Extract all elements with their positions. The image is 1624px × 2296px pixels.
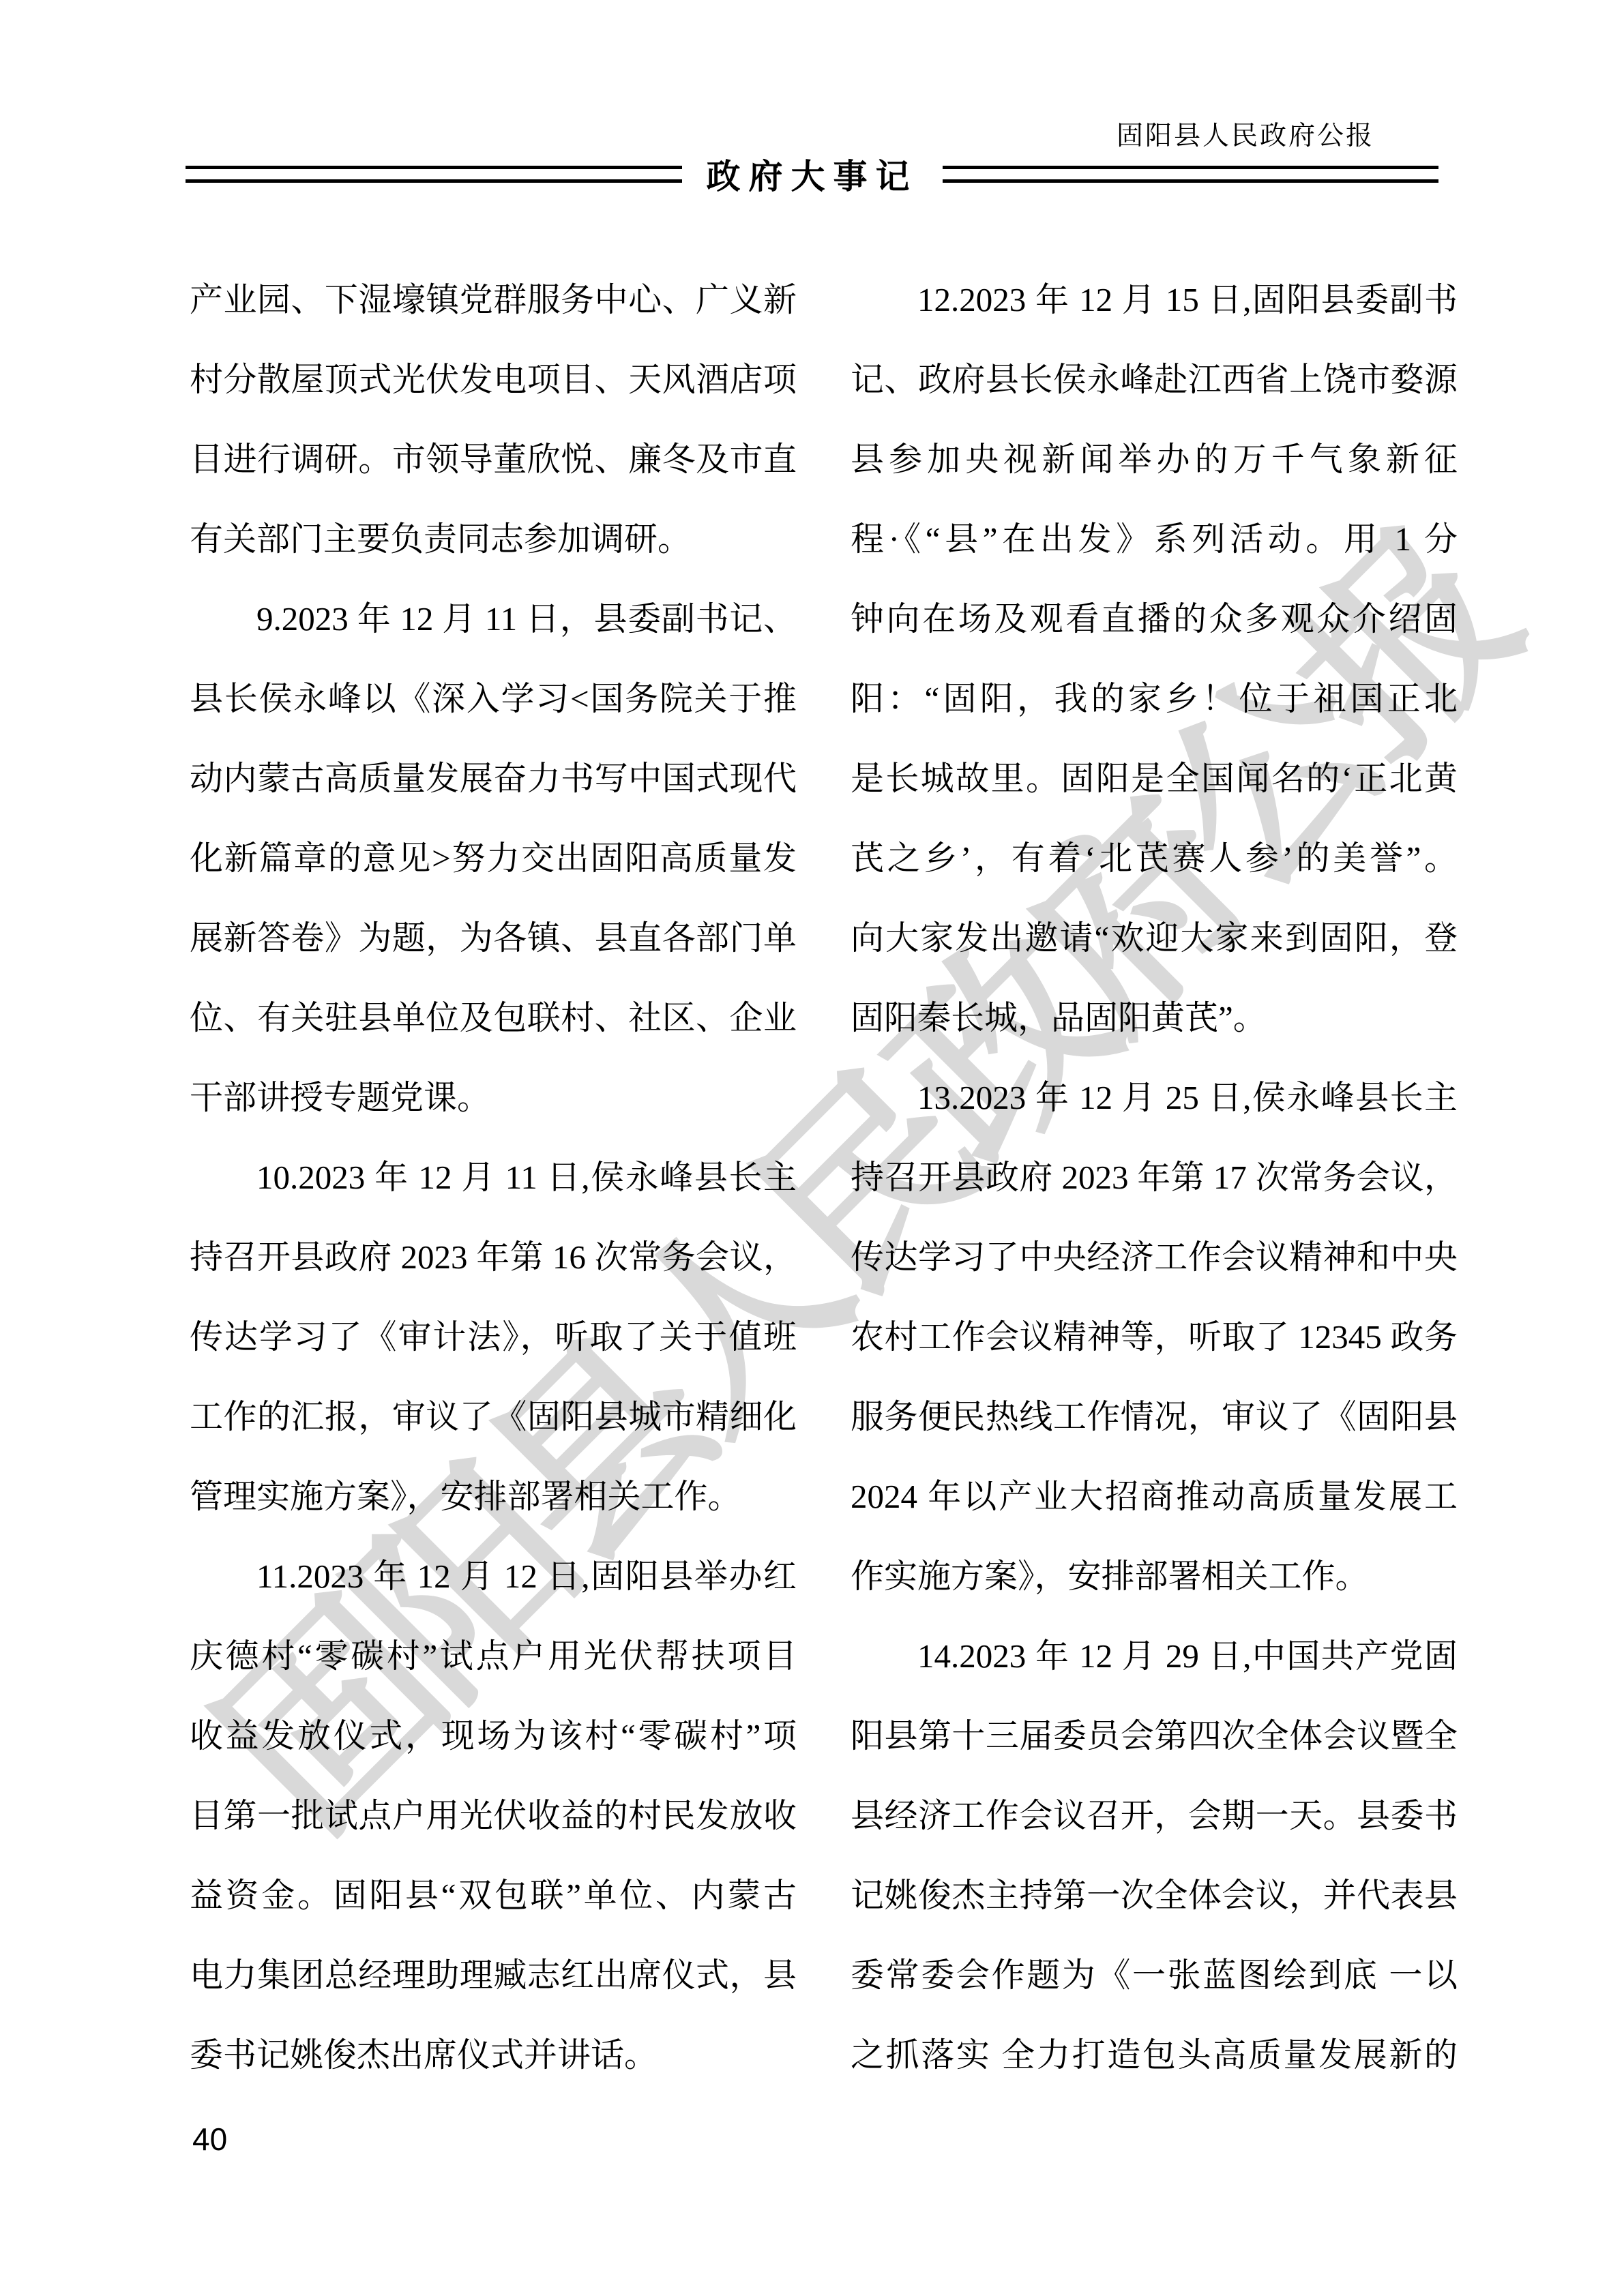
- body-line: 化新篇章的意见>努力交出固阳高质量发: [190, 818, 797, 898]
- body-line: 11.2023 年 12 月 12 日,固阳县举办红: [190, 1536, 797, 1616]
- body-line: 益资金。固阳县“双包联”单位、内蒙古: [190, 1855, 797, 1935]
- body-line: 动内蒙古高质量发展奋力书写中国式现代: [190, 739, 797, 818]
- page-number: 40: [192, 2121, 227, 2158]
- body-line: 庆德村“零碳村”试点户用光伏帮扶项目: [190, 1616, 797, 1696]
- body-line: 作实施方案》，安排部署相关工作。: [851, 1536, 1458, 1616]
- body-line: 9.2023 年 12 月 11 日，县委副书记、: [190, 579, 797, 659]
- body-line: 管理实施方案》，安排部署相关工作。: [190, 1457, 797, 1536]
- body-line: 传达学习了《审计法》，听取了关于值班: [190, 1297, 797, 1377]
- body-line: 县长侯永峰以《深入学习<国务院关于推: [190, 659, 797, 739]
- body-line: 10.2023 年 12 月 11 日,侯永峰县长主: [190, 1137, 797, 1217]
- body-line: 芪之乡’，有着‘北芪赛人参’的美誉”。: [851, 818, 1458, 898]
- body-line: 委书记姚俊杰出席仪式并讲话。: [190, 2015, 797, 2095]
- body-line: 13.2023 年 12 月 25 日,侯永峰县长主: [851, 1058, 1458, 1137]
- body-line: 持召开县政府 2023 年第 17 次常务会议，: [851, 1137, 1458, 1217]
- body-line: 电力集团总经理助理臧志红出席仪式，县: [190, 1935, 797, 2015]
- body-line: 干部讲授专题党课。: [190, 1058, 797, 1137]
- title-rule-right: [943, 166, 1439, 183]
- body-line: 县参加央视新闻举办的万千气象新征: [851, 419, 1458, 499]
- body-line: 服务便民热线工作情况，审议了《固阳县: [851, 1377, 1458, 1457]
- body-line: 展新答卷》为题，为各镇、县直各部门单: [190, 898, 797, 978]
- body-line: 阳县第十三届委员会第四次全体会议暨全: [851, 1696, 1458, 1776]
- body-line: 收益发放仪式，现场为该村“零碳村”项: [190, 1696, 797, 1776]
- body-line: 是长城故里。固阳是全国闻名的‘正北黄: [851, 739, 1458, 818]
- body-line: 14.2023 年 12 月 29 日,中国共产党固: [851, 1616, 1458, 1696]
- body-line: 持召开县政府 2023 年第 16 次常务会议，: [190, 1217, 797, 1297]
- body-line: 程·《“县”在出发》系列活动。用 1 分: [851, 499, 1458, 579]
- right-column: 12.2023 年 12 月 15 日,固阳县委副书记、政府县长侯永峰赴江西省上…: [851, 260, 1458, 2095]
- body-line: 12.2023 年 12 月 15 日,固阳县委副书: [851, 260, 1458, 340]
- body-line: 县经济工作会议召开，会期一天。县委书: [851, 1776, 1458, 1855]
- body-line: 工作的汇报，审议了《固阳县城市精细化: [190, 1377, 797, 1457]
- body-line: 钟向在场及观看直播的众多观众介绍固: [851, 579, 1458, 659]
- masthead-title: 固阳县人民政府公报: [1117, 115, 1374, 153]
- page-title: 政府大事记: [707, 149, 918, 198]
- body-line: 目第一批试点户用光伏收益的村民发放收: [190, 1776, 797, 1855]
- body-line: 传达学习了中央经济工作会议精神和中央: [851, 1217, 1458, 1297]
- body-line: 有关部门主要负责同志参加调研。: [190, 499, 797, 579]
- body-line: 阳：“固阳，我的家乡！位于祖国正北方，: [851, 659, 1458, 739]
- body-line: 位、有关驻县单位及包联村、社区、企业: [190, 978, 797, 1058]
- body-line: 固阳秦长城，品固阳黄芪”。: [851, 978, 1458, 1058]
- body-line: 向大家发出邀请“欢迎大家来到固阳，登: [851, 898, 1458, 978]
- bulletin-page: 固阳县人民政府公报 固阳县人民政府公报 政府大事记 产业园、下湿壕镇党群服务中心…: [0, 0, 1624, 2296]
- body-line: 之抓落实 全力打造包头高质量发展新的: [851, 2015, 1458, 2095]
- body-line: 产业园、下湿壕镇党群服务中心、广义新: [190, 260, 797, 340]
- body-line: 委常委会作题为《一张蓝图绘到底 一以贯: [851, 1935, 1458, 2015]
- title-rule-left: [186, 166, 682, 183]
- body-line: 目进行调研。市领导董欣悦、廉冬及市直: [190, 419, 797, 499]
- body-line: 记、政府县长侯永峰赴江西省上饶市婺源: [851, 340, 1458, 419]
- body-line: 2024 年以产业大招商推动高质量发展工: [851, 1457, 1458, 1536]
- section-title-band: 政府大事记: [186, 151, 1438, 196]
- body-line: 村分散屋顶式光伏发电项目、天风酒店项: [190, 340, 797, 419]
- left-column: 产业园、下湿壕镇党群服务中心、广义新村分散屋顶式光伏发电项目、天风酒店项目进行调…: [190, 260, 797, 2095]
- body-line: 农村工作会议精神等，听取了 12345 政务: [851, 1297, 1458, 1377]
- body-line: 记姚俊杰主持第一次全体会议，并代表县: [851, 1855, 1458, 1935]
